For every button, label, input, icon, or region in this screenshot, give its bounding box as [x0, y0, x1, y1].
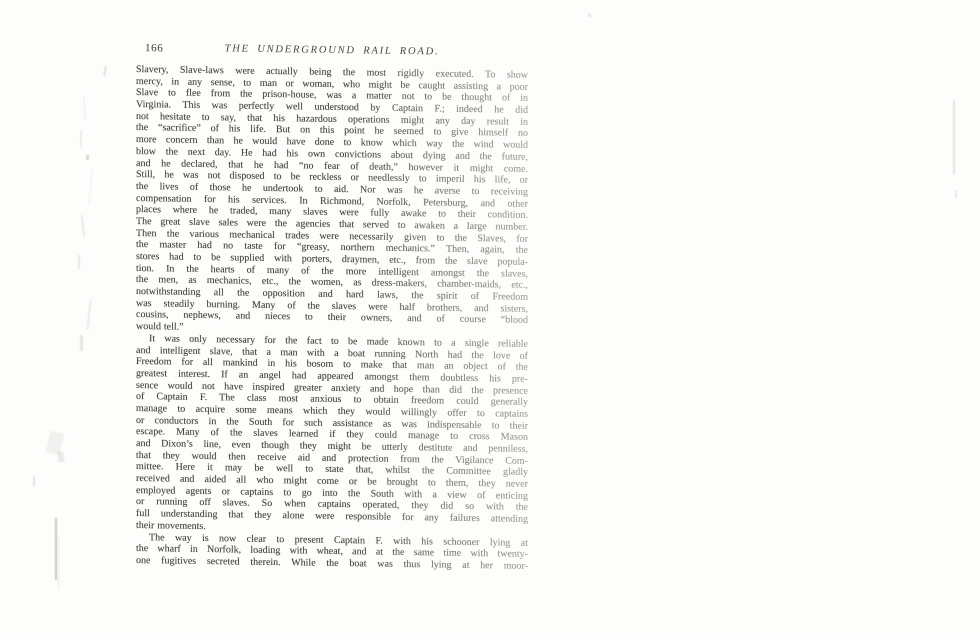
scan-artifact: [83, 95, 86, 121]
paragraph: It was only necessary for the fact to be…: [136, 333, 528, 538]
page-body: Slavery, Slave-laws were actually being …: [136, 64, 528, 572]
scan-artifact: [46, 431, 64, 455]
scan-artifact: [33, 476, 35, 486]
text-column: 166 THE UNDERGROUND RAIL ROAD. Slavery, …: [136, 42, 528, 572]
scan-artifact: [80, 130, 82, 148]
scan-artifact: [953, 100, 955, 174]
scan-artifact: [103, 66, 106, 76]
scan-artifact: [86, 155, 89, 160]
running-title: THE UNDERGROUND RAIL ROAD.: [136, 42, 528, 59]
scan-artifact: [55, 518, 57, 580]
scan-artifact: [58, 535, 59, 590]
scanned-book-page: 166 THE UNDERGROUND RAIL ROAD. Slavery, …: [0, 0, 980, 638]
paragraph: Slavery, Slave-laws were actually being …: [136, 64, 528, 339]
scan-artifact: [588, 14, 591, 17]
scan-artifact: [955, 190, 957, 198]
paragraph: The way is now clear to present Captain …: [136, 532, 528, 573]
scan-artifact: [86, 300, 91, 330]
scan-artifact: [80, 335, 83, 351]
scan-artifact: [81, 215, 86, 237]
scan-artifact: [78, 255, 80, 269]
running-head: 166 THE UNDERGROUND RAIL ROAD.: [136, 42, 528, 61]
page-number: 166: [145, 42, 163, 54]
scan-artifact: [58, 452, 64, 462]
scan-artifact: [89, 170, 93, 204]
